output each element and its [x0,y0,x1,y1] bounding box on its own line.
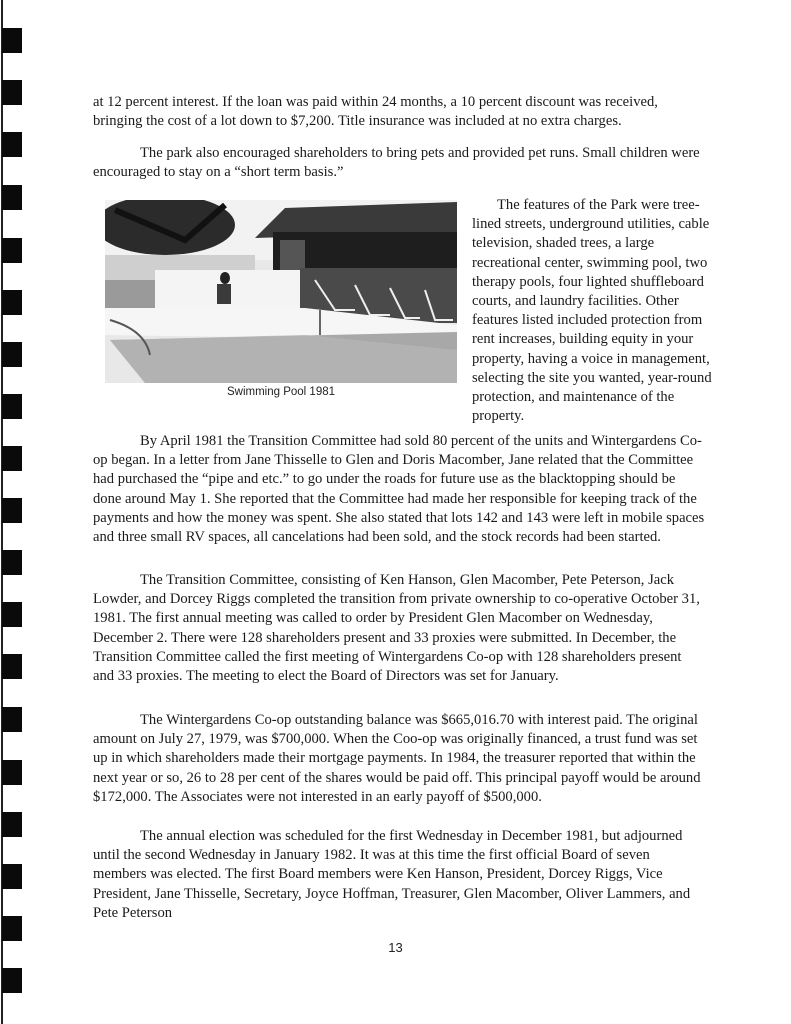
park-features-text: The features of the Park were tree-lined… [472,196,712,426]
binding-hole [2,498,22,523]
park-features-body: The features of the Park were tree-lined… [472,197,712,424]
binding-hole [2,812,22,837]
binding-hole [2,290,22,315]
paragraph-loan-terms: at 12 percent interest. If the loan was … [93,93,705,131]
page-number: 13 [0,940,791,955]
binding-hole [2,238,22,263]
binding-hole [2,132,22,157]
paragraph-transition-committee: The Transition Committee, consisting of … [93,571,705,686]
binding-hole [2,28,22,53]
pool-photo-image [105,200,457,383]
swimming-pool-photo [105,200,457,383]
binding-hole [2,707,22,732]
binding-hole [2,602,22,627]
binding-hole [2,80,22,105]
paragraph-pets: The park also encouraged shareholders to… [93,144,705,182]
paragraph-outstanding-balance: The Wintergardens Co-op outstanding bala… [93,711,705,807]
binding-hole [2,185,22,210]
binding-hole [2,864,22,889]
binding-hole [2,968,22,993]
paragraph-april-1981: By April 1981 the Transition Committee h… [93,432,705,547]
binding-hole [2,446,22,471]
spiral-binding [0,0,24,1024]
binding-hole [2,654,22,679]
binding-hole [2,342,22,367]
paragraph-annual-election: The annual election was scheduled for th… [93,827,705,923]
binding-hole [2,550,22,575]
binding-hole [2,394,22,419]
binding-hole [2,760,22,785]
photo-caption: Swimming Pool 1981 [105,386,457,398]
binding-hole [2,916,22,941]
